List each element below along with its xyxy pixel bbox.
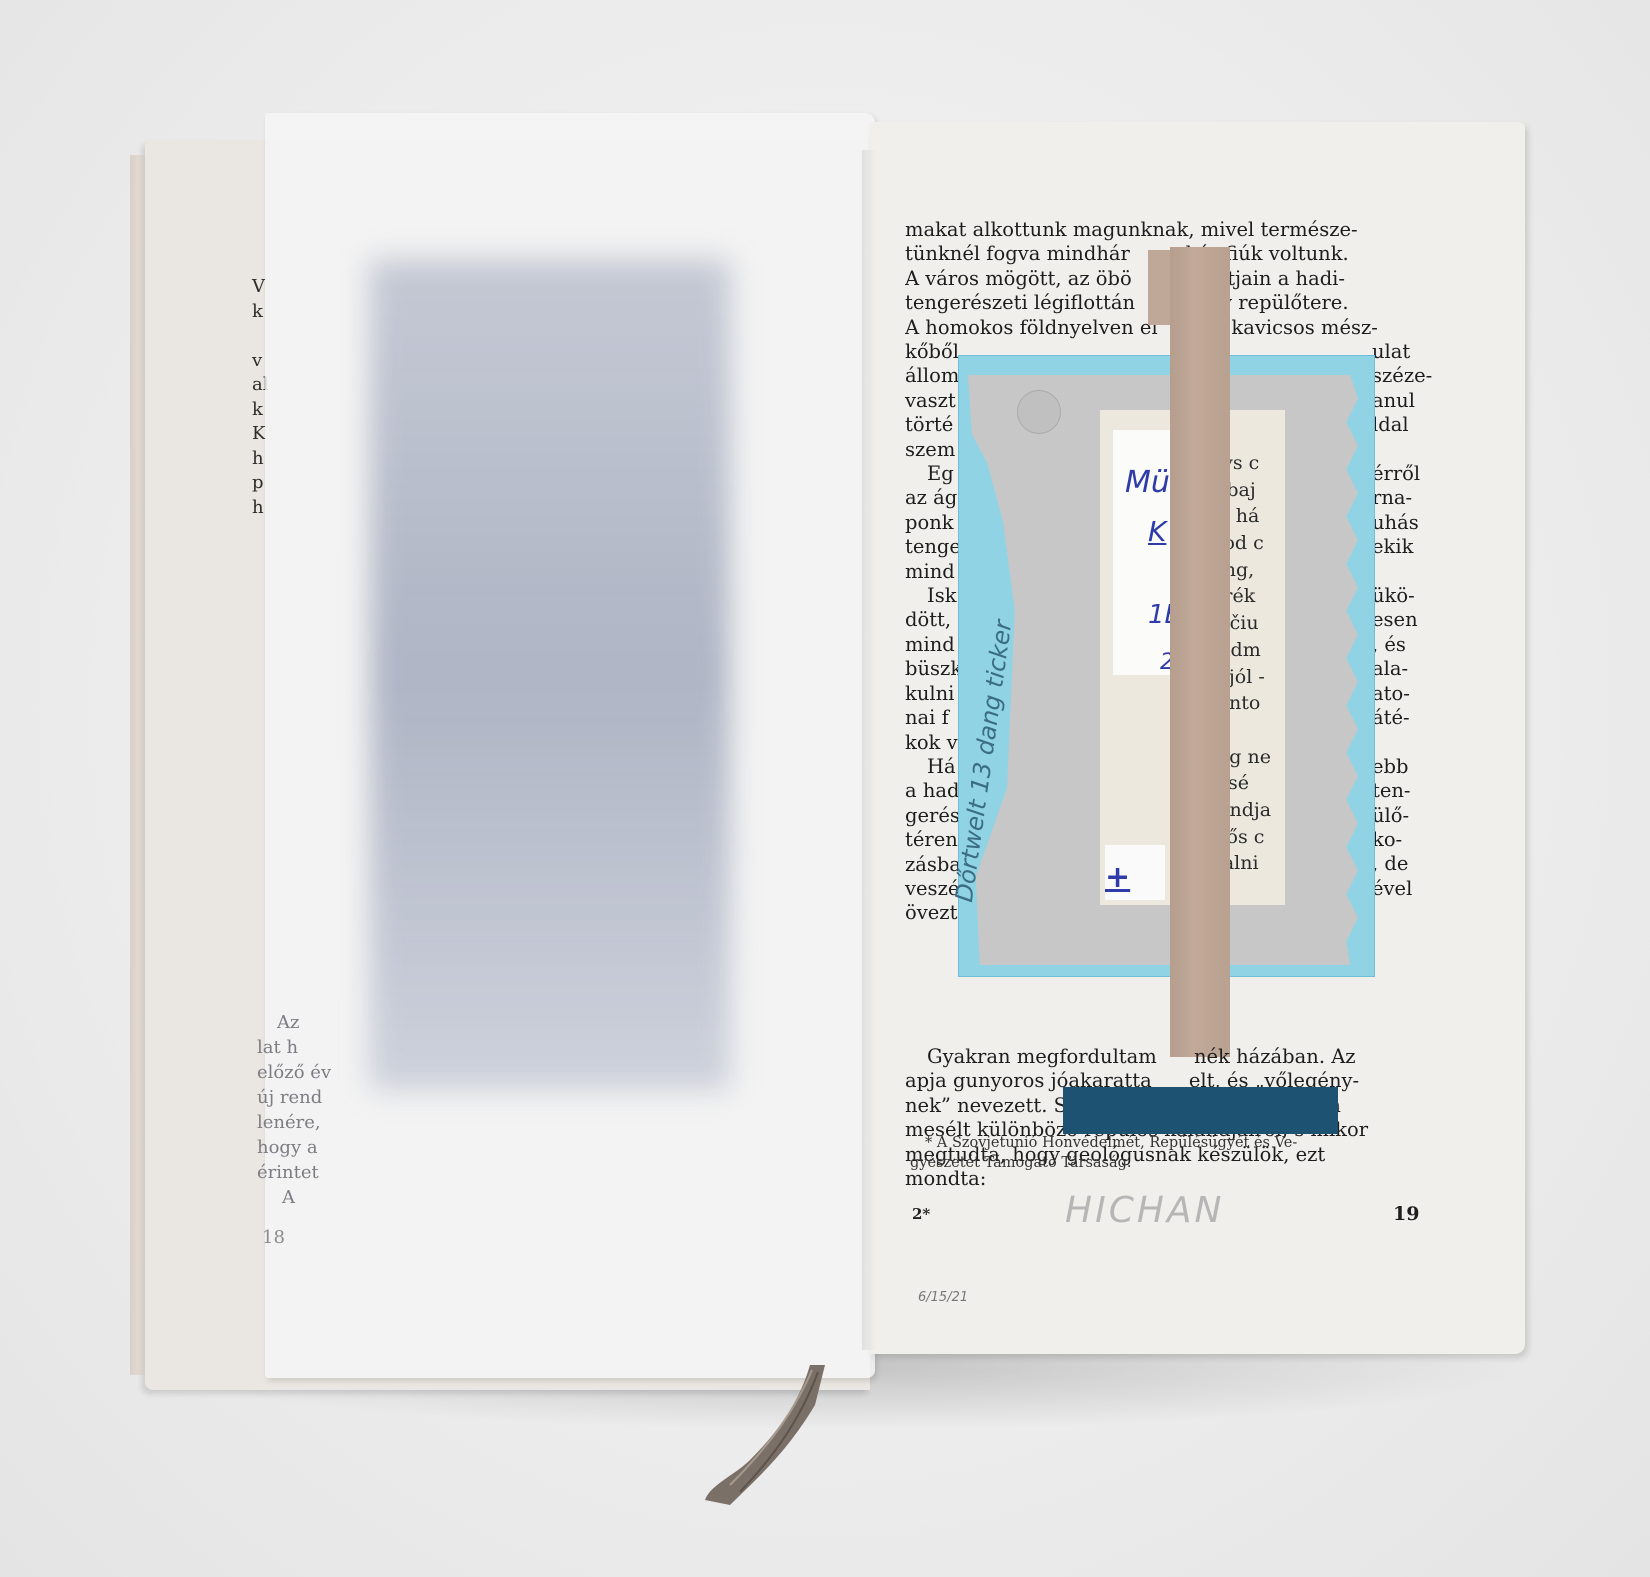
right-page-right-fragments: ulatszéze-anulldalérrőlrna-uhásekikükö-e…: [1372, 340, 1432, 901]
book-gutter: [862, 150, 876, 1350]
ribbon-bookmark: [700, 1360, 840, 1510]
ink-mark-plus: +: [1105, 860, 1130, 895]
blurred-image-through-tissue: [370, 260, 730, 1090]
right-page-left-fragments: kőbőlállomvaszttörtészemEgaz ágponktenge…: [905, 340, 962, 926]
left-page-number: 18: [262, 1227, 285, 1248]
circle-mark: [1017, 390, 1061, 434]
blue-redaction-bar: [1063, 1087, 1338, 1134]
footnote: * A Szovjetunió Honvédelmét, Repülésügyé…: [925, 1133, 1297, 1173]
left-page-lower-text: Az lat h előző év új rend lenére, hogy a…: [257, 1010, 331, 1210]
pencil-date: 6/15/21: [918, 1290, 968, 1305]
ink-mark-mu: Mü: [1125, 465, 1170, 500]
signature-mark: 2*: [912, 1205, 930, 1223]
right-page-number: 19: [1393, 1203, 1419, 1225]
vertical-tape-strip: [1170, 247, 1230, 1057]
ink-mark-k: K: [1148, 515, 1166, 548]
pencil-signature: HICHAN: [1065, 1190, 1224, 1231]
